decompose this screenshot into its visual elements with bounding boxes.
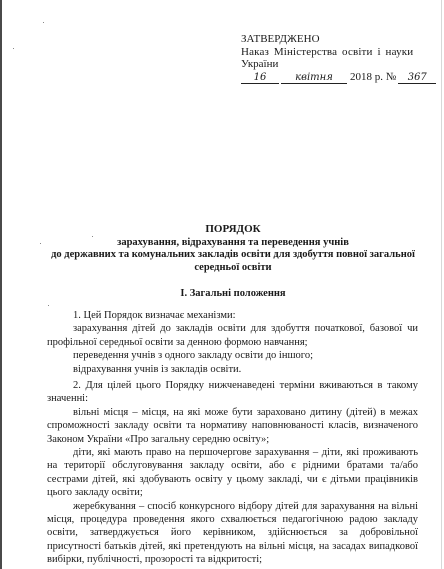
- handwritten-month: квітня: [281, 72, 347, 84]
- approval-block: ЗАТВЕРДЖЕНО Наказ Міністерства освіти і …: [241, 33, 436, 84]
- paragraph: діти, які мають право на першочергове за…: [47, 446, 418, 500]
- paragraph: жеребкування – спосіб конкурсного відбор…: [47, 500, 418, 567]
- approval-date-line: 16квітня2018 р. №367: [241, 71, 436, 84]
- scan-speck: [48, 305, 49, 306]
- scan-speck: [43, 22, 44, 23]
- approval-stamp: ЗАТВЕРДЖЕНО: [241, 33, 436, 46]
- page-left-border: [0, 0, 2, 569]
- paragraph: 2. Для цілей цього Порядку нижченаведені…: [47, 379, 418, 406]
- approval-country-line: України: [241, 58, 436, 71]
- section-heading: І. Загальні положення: [47, 288, 419, 299]
- title-subtitle-2: до державних та комунальних закладів осв…: [47, 249, 419, 262]
- title-main: ПОРЯДОК: [47, 223, 419, 236]
- scan-speck: [13, 48, 14, 49]
- paragraph-group-1: 1. Цей Порядок визначає механізми: зарах…: [47, 309, 418, 376]
- title-subtitle-1: зарахування, відрахування та переведення…: [47, 237, 419, 250]
- paragraph: відрахування учнів із закладів освіти.: [47, 363, 418, 376]
- paragraph: 1. Цей Порядок визначає механізми:: [47, 309, 418, 322]
- paragraph: зарахування дітей до закладів освіти для…: [47, 322, 418, 349]
- paragraph: переведення учнів з одного закладу освіт…: [47, 349, 418, 362]
- approval-year: 2018 р. №: [350, 71, 396, 83]
- paragraph-group-2: 2. Для цілей цього Порядку нижченаведені…: [47, 379, 418, 567]
- approval-order-line: Наказ Міністерства освіти і науки: [241, 46, 436, 59]
- title-subtitle-3: середньої освіти: [47, 262, 419, 275]
- page-right-border: [441, 0, 442, 569]
- document-title: ПОРЯДОК зарахування, відрахування та пер…: [47, 223, 419, 274]
- handwritten-order-number: 367: [398, 72, 436, 84]
- scan-speck: [40, 243, 41, 244]
- handwritten-day: 16: [241, 72, 279, 84]
- paragraph: вільні місця – місця, на які може бути з…: [47, 406, 418, 446]
